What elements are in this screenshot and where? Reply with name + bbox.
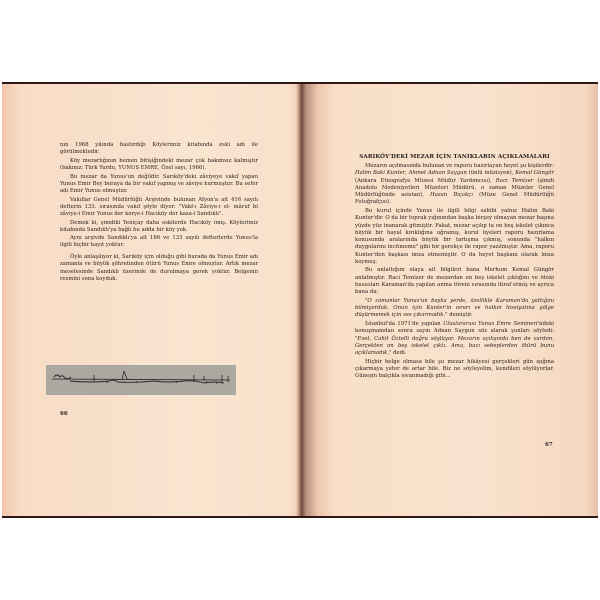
paragraph: nın 1968 yılında bastırdığı Köylerimiz k… xyxy=(60,142,258,157)
paragraph: Demek ki, şimdiki Yeniçay daha eskilerde… xyxy=(60,220,258,235)
paragraph: Bu mezar da Yunus'un değildir. Sarıköy'd… xyxy=(60,174,258,196)
paragraph: Hiçbir belge olmasa bile şu mezar hikâye… xyxy=(355,359,554,381)
left-page-text: nın 1968 yılında bastırdığı Köylerimiz k… xyxy=(60,142,258,284)
paragraph: Vakıflar Genel Müdürlüğü Arşivinde bulun… xyxy=(60,197,258,219)
paragraph: İstanbul'da 1971'de yapılan Uluslararası… xyxy=(355,321,554,357)
paragraph: Bu kurul içinde Yunus ile ilgili bilgi s… xyxy=(355,208,554,266)
quote-paragraph: "O zamanlar Yunus'un başka yerde, özelli… xyxy=(355,298,554,320)
handwritten-document-figure xyxy=(46,365,236,395)
section-heading: SARIKÖY'DEKİ MEZAR İÇİN TANIKLARIN AÇIKL… xyxy=(355,154,554,161)
open-book: nın 1968 yılında bastırdığı Köylerimiz k… xyxy=(2,82,598,518)
paragraph: Mezarın açılmasında bulunan ve raporu ha… xyxy=(355,163,554,207)
right-page-text: SARIKÖY'DEKİ MEZAR İÇİN TANIKLARIN AÇIKL… xyxy=(355,154,554,382)
left-page: nın 1968 yılında bastırdığı Köylerimiz k… xyxy=(2,84,298,516)
page-number: 66 xyxy=(60,411,68,417)
right-page: SARIKÖY'DEKİ MEZAR İÇİN TANIKLARIN AÇIKL… xyxy=(302,84,598,516)
paragraph: Öyle anlaşılıyor ki, Sarıköy için olduğu… xyxy=(60,254,258,283)
paragraph: Bu anlattığım olaya ait bilgileri bana M… xyxy=(355,267,554,296)
paragraph: Aynı arşivde Sandıklı'ya ait 186 ve 133 … xyxy=(60,235,258,250)
paragraph: Köy mezarlığının hemen bitişiğindeki mez… xyxy=(60,158,258,173)
page-number: 67 xyxy=(545,442,553,448)
